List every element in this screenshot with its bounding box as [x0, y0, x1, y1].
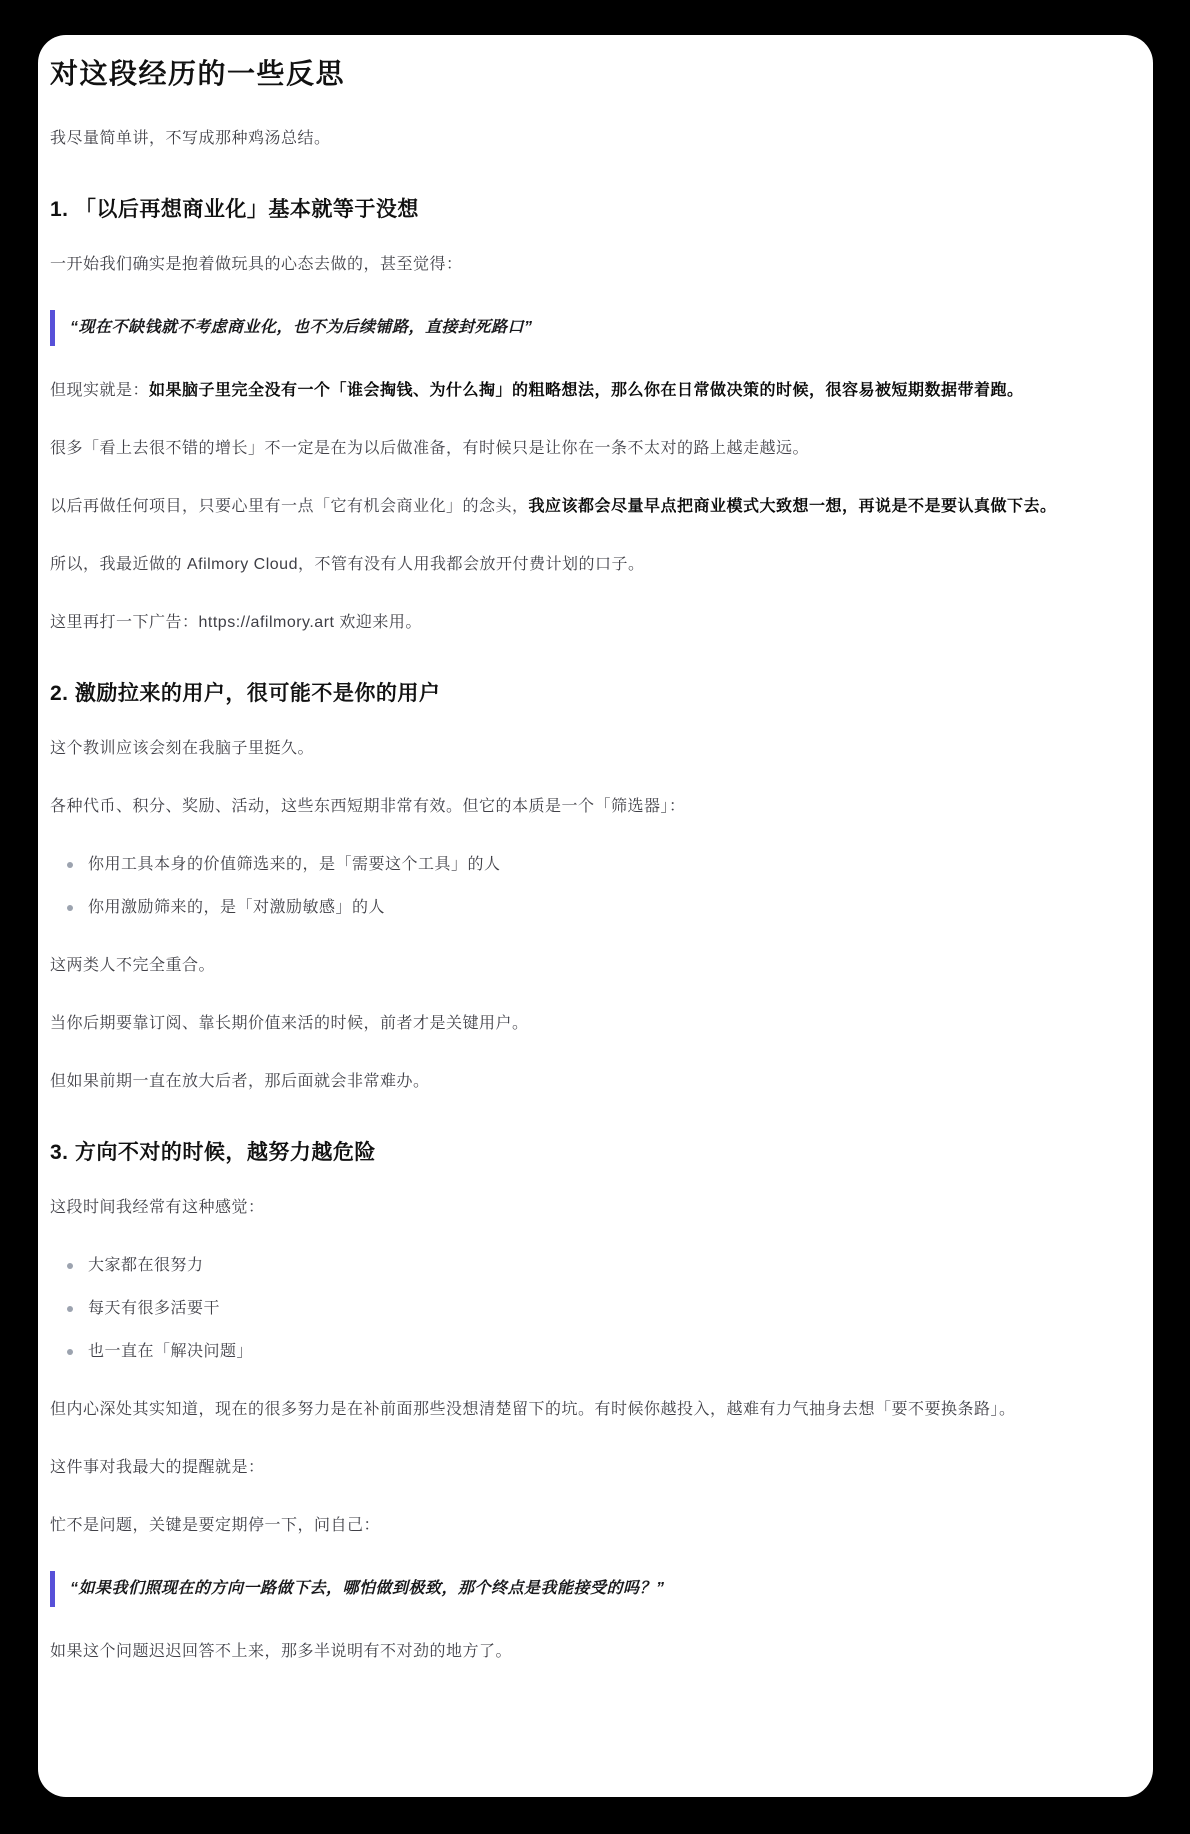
- paragraph: 以后再做任何项目，只要心里有一点「它有机会商业化」的念头，我应该都会尽量早点把商…: [50, 490, 1141, 524]
- section-2: 2. 激励拉来的用户，很可能不是你的用户 这个教训应该会刻在我脑子里挺久。 各种…: [50, 680, 1141, 1099]
- list-item: 你用工具本身的价值筛选来的，是「需要这个工具」的人: [50, 848, 1141, 882]
- paragraph-bold-text: 我应该都会尽量早点把商业模式大致想一想，再说是不是要认真做下去。: [529, 498, 1057, 515]
- paragraph: 但现实就是：如果脑子里完全没有一个「谁会掏钱、为什么掏」的粗略想法，那么你在日常…: [50, 374, 1141, 408]
- bullet-dot-icon: [67, 905, 73, 911]
- paragraph: 所以，我最近做的 Afilmory Cloud，不管有没有人用我都会放开付费计划…: [50, 548, 1141, 582]
- paragraph: 各种代币、积分、奖励、活动，这些东西短期非常有效。但它的本质是一个「筛选器」：: [50, 790, 1141, 824]
- afilmory-link[interactable]: https://afilmory.art: [199, 614, 335, 631]
- section-3: 3. 方向不对的时候，越努力越危险 这段时间我经常有这种感觉： 大家都在很努力 …: [50, 1139, 1141, 1669]
- paragraph: 一开始我们确实是抱着做玩具的心态去做的，甚至觉得：: [50, 248, 1141, 282]
- section-2-heading: 2. 激励拉来的用户，很可能不是你的用户: [50, 680, 1141, 708]
- paragraph: 这段时间我经常有这种感觉：: [50, 1191, 1141, 1225]
- list-item: 也一直在「解决问题」: [50, 1335, 1141, 1369]
- paragraph: 这个教训应该会刻在我脑子里挺久。: [50, 732, 1141, 766]
- article-card: 对这段经历的一些反思 我尽量简单讲，不写成那种鸡汤总结。 1. 「以后再想商业化…: [38, 35, 1153, 1797]
- bullet-dot-icon: [67, 862, 73, 868]
- list-item-text: 也一直在「解决问题」: [88, 1343, 253, 1360]
- bullet-dot-icon: [67, 1349, 73, 1355]
- bullet-dot-icon: [67, 1306, 73, 1312]
- paragraph-bold-text: 如果脑子里完全没有一个「谁会掏钱、为什么掏」的粗略想法，那么你在日常做决策的时候…: [149, 382, 1024, 399]
- paragraph: 如果这个问题迟迟回答不上来，那多半说明有不对劲的地方了。: [50, 1635, 1141, 1669]
- paragraph: 很多「看上去很不错的增长」不一定是在为以后做准备，有时候只是让你在一条不太对的路…: [50, 432, 1141, 466]
- blockquote-text: “如果我们照现在的方向一路做下去，哪怕做到极致，那个终点是我能接受的吗？”: [70, 1580, 665, 1597]
- intro-paragraph: 我尽量简单讲，不写成那种鸡汤总结。: [50, 122, 1141, 156]
- paragraph: 当你后期要靠订阅、靠长期价值来活的时候，前者才是关键用户。: [50, 1007, 1141, 1041]
- paragraph: 忙不是问题，关键是要定期停一下，问自己：: [50, 1509, 1141, 1543]
- list-item-text: 每天有很多活要干: [88, 1300, 220, 1317]
- page-title: 对这段经历的一些反思: [50, 57, 1141, 90]
- paragraph-text: 以后再做任何项目，只要心里有一点「它有机会商业化」的念头，: [50, 498, 529, 515]
- paragraph: 这两类人不完全重合。: [50, 949, 1141, 983]
- paragraph-text: 这里再打一下广告：: [50, 614, 199, 631]
- list-item: 每天有很多活要干: [50, 1292, 1141, 1326]
- paragraph: 但内心深处其实知道，现在的很多努力是在补前面那些没想清楚留下的坑。有时候你越投入…: [50, 1393, 1141, 1427]
- blockquote: “现在不缺钱就不考虑商业化，也不为后续铺路，直接封死路口”: [50, 310, 1141, 346]
- paragraph-text: 欢迎来用。: [334, 614, 421, 631]
- paragraph-text: 但现实就是：: [50, 382, 149, 399]
- list-item: 你用激励筛来的，是「对激励敏感」的人: [50, 891, 1141, 925]
- section-1-heading: 1. 「以后再想商业化」基本就等于没想: [50, 196, 1141, 224]
- list-item-text: 大家都在很努力: [88, 1257, 204, 1274]
- paragraph: 这件事对我最大的提醒就是：: [50, 1451, 1141, 1485]
- paragraph: 这里再打一下广告：https://afilmory.art 欢迎来用。: [50, 606, 1141, 640]
- blockquote: “如果我们照现在的方向一路做下去，哪怕做到极致，那个终点是我能接受的吗？”: [50, 1571, 1141, 1607]
- section-1: 1. 「以后再想商业化」基本就等于没想 一开始我们确实是抱着做玩具的心态去做的，…: [50, 196, 1141, 640]
- paragraph: 但如果前期一直在放大后者，那后面就会非常难办。: [50, 1065, 1141, 1099]
- list-item-text: 你用工具本身的价值筛选来的，是「需要这个工具」的人: [88, 856, 501, 873]
- section-3-heading: 3. 方向不对的时候，越努力越危险: [50, 1139, 1141, 1167]
- bullet-dot-icon: [67, 1263, 73, 1269]
- blockquote-text: “现在不缺钱就不考虑商业化，也不为后续铺路，直接封死路口”: [70, 319, 533, 336]
- list-item: 大家都在很努力: [50, 1249, 1141, 1283]
- page-background: { "theme": { "page_bg": "#000000", "card…: [0, 0, 1190, 1834]
- list-item-text: 你用激励筛来的，是「对激励敏感」的人: [88, 899, 385, 916]
- bullet-list: 你用工具本身的价值筛选来的，是「需要这个工具」的人 你用激励筛来的，是「对激励敏…: [50, 848, 1141, 925]
- bullet-list: 大家都在很努力 每天有很多活要干 也一直在「解决问题」: [50, 1249, 1141, 1369]
